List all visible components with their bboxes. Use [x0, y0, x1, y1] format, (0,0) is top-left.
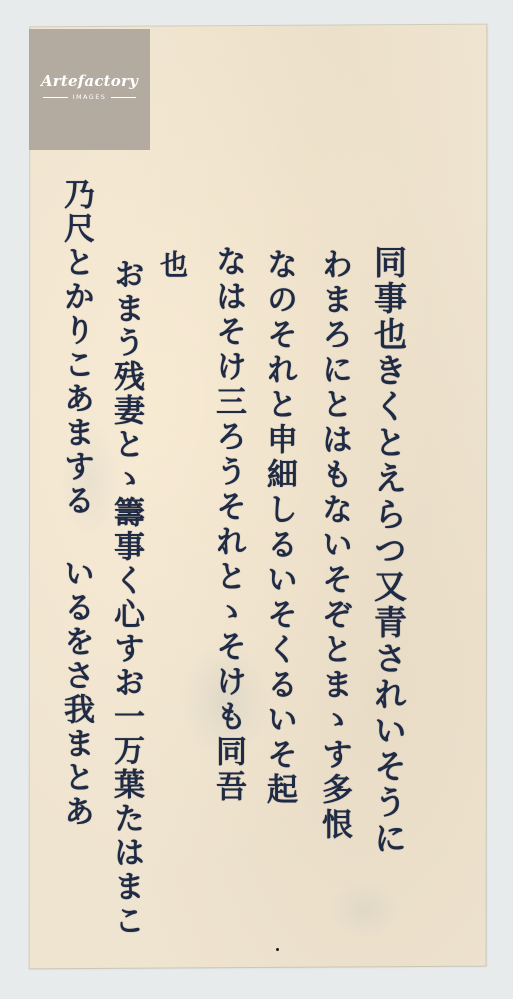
calligraphy-column-6: おまう残妻とゝ籌事く心すお一万葉たはまこ — [110, 258, 141, 938]
watermark-subtitle-row: IMAGES — [43, 93, 137, 101]
calligraphy-column-4: なはそけ三ろうそれとゝそけも同吾 — [212, 245, 243, 805]
artefactory-watermark: Artefactory IMAGES — [29, 29, 150, 150]
watermark-subtitle: IMAGES — [73, 93, 107, 101]
watermark-rule-right — [111, 97, 136, 98]
calligraphy-column-1: 同事也きくとえらつ又青されいそうに — [372, 245, 405, 857]
watermark-brand: Artefactory — [41, 72, 138, 90]
ink-speck — [276, 948, 279, 951]
watermark-rule-left — [43, 97, 68, 98]
calligraphy-column-7: 乃尺とかりこあまする いるをさ我まとあ — [60, 178, 91, 829]
calligraphy-column-2: わまろにとはもないそぞとまゝす多恨 — [318, 248, 349, 843]
manuscript-paper — [30, 25, 487, 969]
calligraphy-column-3: なのそれと申細しるいそくるいそ起 — [263, 248, 294, 808]
calligraphy-column-5: 也 — [158, 250, 186, 282]
